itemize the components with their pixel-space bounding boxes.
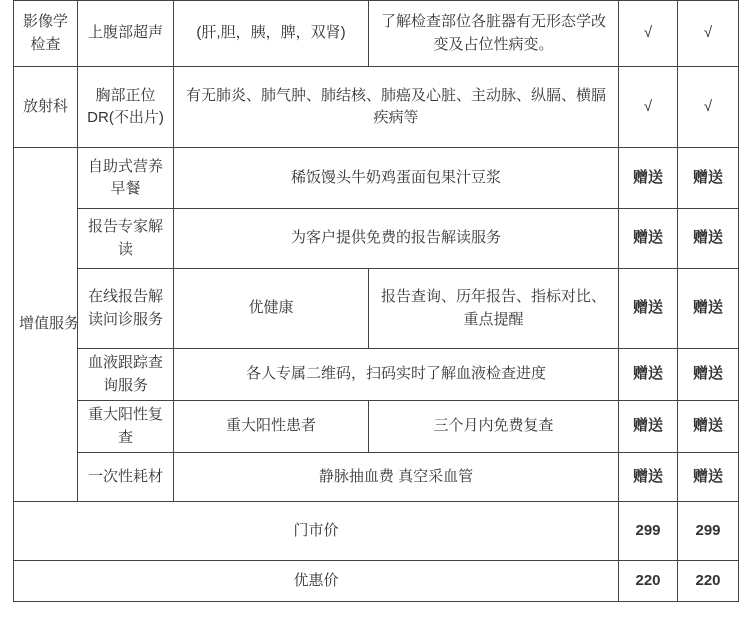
blood-tracking-desc-cell: 各人专属二维码，扫码实时了解血液检查进度 — [174, 349, 619, 401]
radiology-check-2: √ — [678, 67, 739, 148]
retail-price-label-cell: 门市价 — [14, 502, 619, 561]
radiology-desc-cell: 有无肺炎、肺气肿、肺结核、肺癌及心脏、主动脉、纵膈、横膈疾病等 — [174, 67, 619, 148]
expert-reading-gift-2: 赠送 — [678, 209, 739, 269]
consumables-desc-cell: 静脉抽血费 真空采血管 — [174, 453, 619, 502]
imaging-category-cell: 影像学检查 — [14, 1, 78, 67]
discount-price-2: 220 — [678, 561, 739, 602]
table-row-online-reading: 在线报告解读问诊服务 优健康 报告查询、历年报告、指标对比、重点提醒 赠送 赠送 — [14, 269, 739, 349]
imaging-check-2: √ — [678, 1, 739, 67]
online-reading-gift-2: 赠送 — [678, 269, 739, 349]
table-row-retail-price: 门市价 299 299 — [14, 502, 739, 561]
imaging-item-cell: 上腹部超声 — [78, 1, 174, 67]
value-added-category-cell: 增值服务 — [14, 148, 78, 502]
positive-recheck-target-cell: 重大阳性患者 — [174, 401, 369, 453]
imaging-scope-cell: (肝,胆，胰，脾，双肾) — [174, 1, 369, 67]
table-row-expert-reading: 报告专家解读 为客户提供免费的报告解读服务 赠送 赠送 — [14, 209, 739, 269]
online-reading-item-cell: 在线报告解读问诊服务 — [78, 269, 174, 349]
retail-price-1: 299 — [619, 502, 678, 561]
table-row-blood-tracking: 血液跟踪查询服务 各人专属二维码，扫码实时了解血液检查进度 赠送 赠送 — [14, 349, 739, 401]
breakfast-gift-2: 赠送 — [678, 148, 739, 209]
page: 影像学检查 上腹部超声 (肝,胆，胰，脾，双肾) 了解检查部位各脏器有无形态学改… — [0, 0, 750, 625]
table-row-positive-recheck: 重大阳性复查 重大阳性患者 三个月内免费复查 赠送 赠送 — [14, 401, 739, 453]
radiology-category-cell: 放射科 — [14, 67, 78, 148]
table-row-discount-price: 优惠价 220 220 — [14, 561, 739, 602]
table-row-radiology: 放射科 胸部正位DR(不出片) 有无肺炎、肺气肿、肺结核、肺癌及心脏、主动脉、纵… — [14, 67, 739, 148]
table-row-breakfast: 增值服务 自助式营养早餐 稀饭馒头牛奶鸡蛋面包果汁豆浆 赠送 赠送 — [14, 148, 739, 209]
consumables-item-cell: 一次性耗材 — [78, 453, 174, 502]
pricing-table: 影像学检查 上腹部超声 (肝,胆，胰，脾，双肾) 了解检查部位各脏器有无形态学改… — [13, 0, 739, 602]
positive-recheck-desc-cell: 三个月内免费复查 — [369, 401, 619, 453]
expert-reading-item-cell: 报告专家解读 — [78, 209, 174, 269]
discount-price-label-cell: 优惠价 — [14, 561, 619, 602]
breakfast-item-cell: 自助式营养早餐 — [78, 148, 174, 209]
online-reading-desc-cell: 报告查询、历年报告、指标对比、重点提醒 — [369, 269, 619, 349]
blood-tracking-item-cell: 血液跟踪查询服务 — [78, 349, 174, 401]
positive-recheck-item-cell: 重大阳性复查 — [78, 401, 174, 453]
table-row-consumables: 一次性耗材 静脉抽血费 真空采血管 赠送 赠送 — [14, 453, 739, 502]
radiology-check-1: √ — [619, 67, 678, 148]
expert-reading-gift-1: 赠送 — [619, 209, 678, 269]
imaging-check-1: √ — [619, 1, 678, 67]
consumables-gift-2: 赠送 — [678, 453, 739, 502]
table-row-imaging: 影像学检查 上腹部超声 (肝,胆，胰，脾，双肾) 了解检查部位各脏器有无形态学改… — [14, 1, 739, 67]
positive-recheck-gift-2: 赠送 — [678, 401, 739, 453]
breakfast-desc-cell: 稀饭馒头牛奶鸡蛋面包果汁豆浆 — [174, 148, 619, 209]
expert-reading-desc-cell: 为客户提供免费的报告解读服务 — [174, 209, 619, 269]
online-reading-gift-1: 赠送 — [619, 269, 678, 349]
positive-recheck-gift-1: 赠送 — [619, 401, 678, 453]
breakfast-gift-1: 赠送 — [619, 148, 678, 209]
consumables-gift-1: 赠送 — [619, 453, 678, 502]
blood-tracking-gift-1: 赠送 — [619, 349, 678, 401]
discount-price-1: 220 — [619, 561, 678, 602]
online-reading-provider-cell: 优健康 — [174, 269, 369, 349]
radiology-item-cell: 胸部正位DR(不出片) — [78, 67, 174, 148]
blood-tracking-gift-2: 赠送 — [678, 349, 739, 401]
retail-price-2: 299 — [678, 502, 739, 561]
imaging-desc-cell: 了解检查部位各脏器有无形态学改变及占位性病变。 — [369, 1, 619, 67]
